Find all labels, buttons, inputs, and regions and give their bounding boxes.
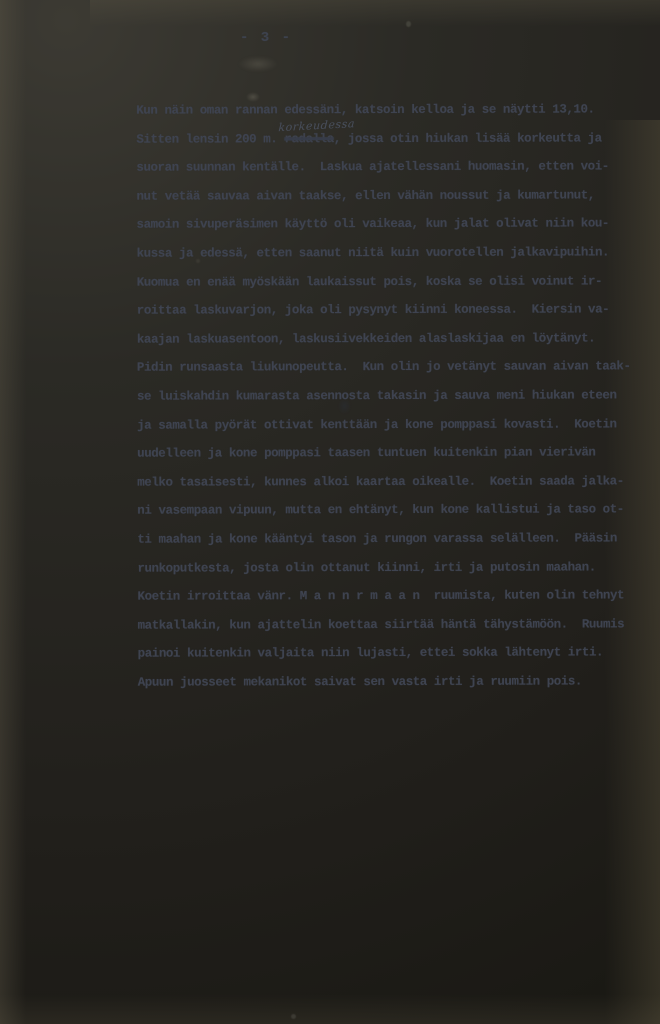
handwritten-correction: korkeudessa bbox=[278, 110, 356, 143]
text-line: nut vetää sauvaa aivan taakse, ellen väh… bbox=[136, 181, 641, 211]
text-line: runkoputkesta, josta olin ottanut kiinni… bbox=[137, 553, 642, 583]
text-line: se luiskahdin kumarasta asennosta takasi… bbox=[137, 381, 642, 411]
text-line: ja samalla pyörät ottivat kenttään ja ko… bbox=[137, 410, 642, 440]
text-line: Pidin runsaasta liukunopeutta. Kun olin … bbox=[137, 353, 642, 383]
text-line: Kuomua en enää myöskään laukaissut pois,… bbox=[137, 267, 642, 297]
text-line: melko tasaisesti, kunnes alkoi kaartaa o… bbox=[137, 467, 642, 497]
line2-prefix: Sitten lensin 200 m. bbox=[136, 132, 284, 146]
text-line: ni vasempaan vipuun, mutta en ehtänyt, k… bbox=[137, 496, 642, 526]
text-line: Sitten lensin 200 m. korkeudessaradalla,… bbox=[136, 124, 641, 154]
scanned-page-photo: - 3 - Kun näin oman rannan edessäni, kat… bbox=[0, 0, 660, 1024]
text-line: painoi kuitenkin valjaita niin lujasti, … bbox=[138, 639, 643, 669]
text-line: kaajan laskuasentoon, laskusiivekkeiden … bbox=[137, 324, 642, 354]
text-line: roittaa laskuvarjon, joka oli pysynyt ki… bbox=[137, 295, 642, 325]
text-line: ti maahan ja kone kääntyi tason ja rungo… bbox=[137, 524, 642, 554]
text-line: Kun näin oman rannan edessäni, katsoin k… bbox=[136, 95, 641, 125]
typewritten-paragraph: Kun näin oman rannan edessäni, katsoin k… bbox=[136, 95, 643, 697]
text-line: Koetin irroittaa vänr. M a n n r m a a n… bbox=[137, 581, 642, 611]
text-line: Apuun juosseet mekanikot saivat sen vast… bbox=[138, 667, 643, 697]
text-line: kussa ja edessä, etten saanut niitä kuin… bbox=[137, 238, 642, 268]
text-line: suoran suunnan kentälle. Laskua ajatelle… bbox=[136, 153, 641, 183]
text-line: uudelleen ja kone pomppasi taasen tuntue… bbox=[137, 438, 642, 468]
line2-suffix: , jossa otin hiukan lisää korkeutta ja bbox=[334, 131, 602, 146]
page-number: - 3 - bbox=[240, 30, 292, 46]
text-line: samoin sivuperäsimen käyttö oli vaikeaa,… bbox=[137, 210, 642, 240]
text-line: matkallakin, kun ajattelin koettaa siirt… bbox=[138, 610, 643, 640]
struck-word: korkeudessaradalla bbox=[284, 125, 333, 154]
